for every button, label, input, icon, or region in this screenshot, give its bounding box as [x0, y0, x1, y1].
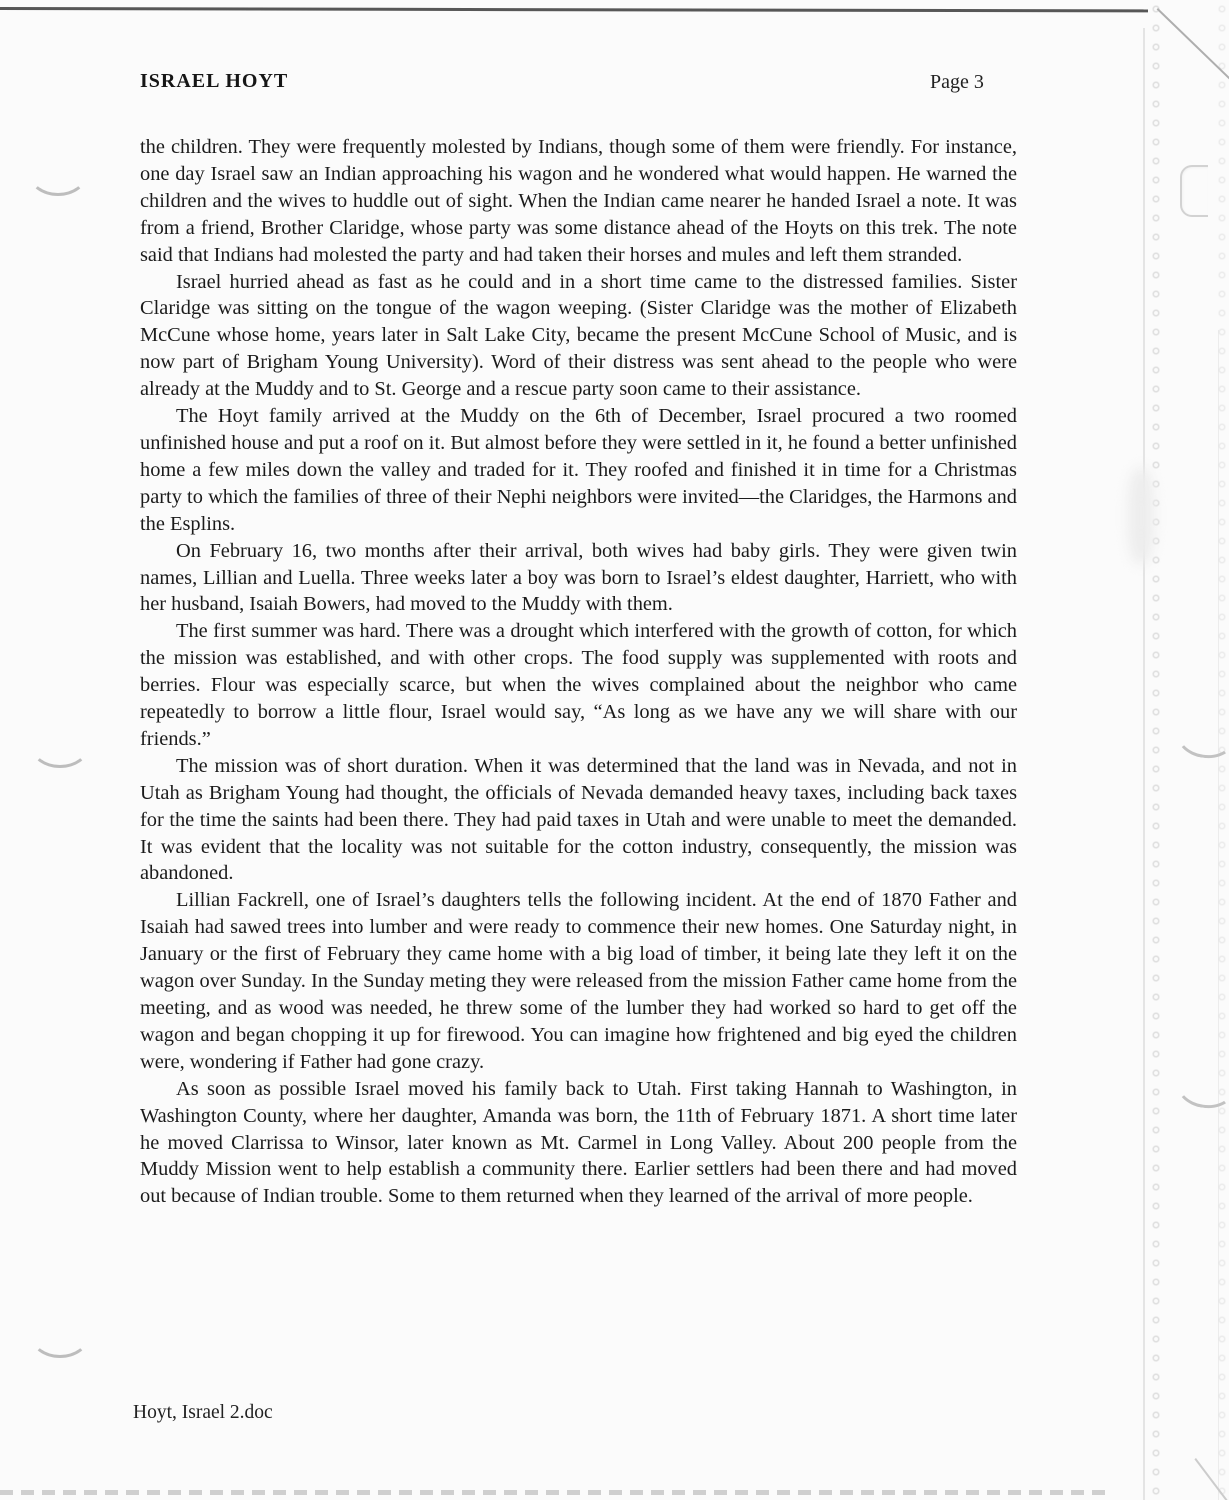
body-paragraph-3: The Hoyt family arrived at the Muddy on … [140, 403, 1017, 538]
punch-hole-mark-right-2 [1173, 1058, 1229, 1112]
perforation-strip-right [1148, 0, 1164, 1500]
body-paragraph-6: The mission was of short duration. When … [140, 753, 1017, 888]
body-paragraph-2: Israel hurried ahead as fast as he could… [140, 269, 1017, 404]
scan-artifact-page-edge [1143, 28, 1145, 1500]
punch-hole-mark-left-1 [28, 150, 88, 196]
punch-hole-mark-left-3 [30, 1312, 90, 1358]
binder-notch-right [1180, 165, 1208, 217]
scan-artifact-smudge [1128, 468, 1154, 564]
body-paragraph-8: As soon as possible Israel moved his fam… [140, 1076, 1017, 1211]
scanned-document-page: ISRAEL HOYT Page 3 the children. They we… [0, 0, 1229, 1500]
perforation-dashes-bottom [0, 1490, 1108, 1495]
footer-filename: Hoyt, Israel 2.doc [133, 1402, 273, 1424]
body-paragraph-4: On February 16, two months after their a… [140, 538, 1017, 619]
body-paragraph-1: the children. They were frequently moles… [140, 134, 1017, 269]
scan-artifact-top-edge-line [0, 7, 1148, 12]
page-number: Page 3 [930, 71, 984, 94]
document-body: the children. They were frequently moles… [140, 134, 1017, 1210]
page-header: ISRAEL HOYT Page 3 [140, 70, 1016, 96]
body-paragraph-7: Lillian Fackrell, one of Israel’s daught… [140, 887, 1017, 1075]
body-paragraph-5: The first summer was hard. There was a d… [140, 618, 1017, 753]
punch-hole-mark-left-2 [30, 722, 90, 768]
punch-hole-mark-right-1 [1173, 708, 1229, 762]
document-title: ISRAEL HOYT [140, 70, 288, 93]
